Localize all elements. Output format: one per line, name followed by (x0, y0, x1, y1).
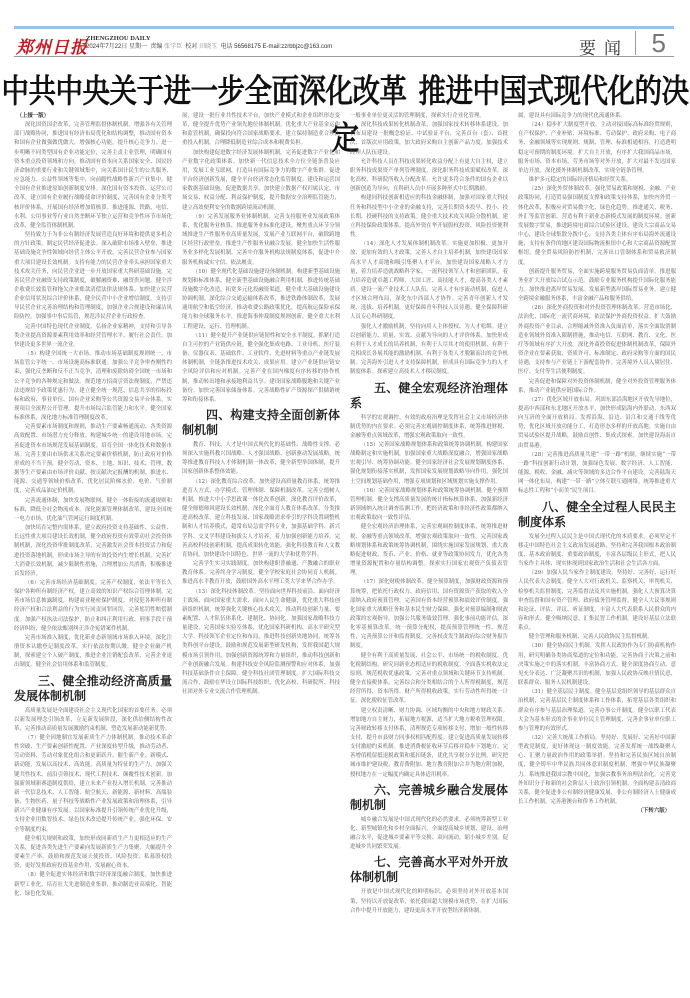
article-paragraph: （5）构建全国统一大市场。推动市场基础制度规则统一、市场监管公平统一、市场设施高… (14, 350, 172, 423)
article-paragraph: 完善促进和保障对外投资体制机制，健全对外投资管理服务体系，推动产业链供应链国际合… (518, 378, 676, 396)
editor-name: 张学臣 (164, 44, 182, 50)
section-heading: 四、构建支持全面创新体制机制 (182, 408, 340, 438)
article-paragraph: 完善流通体制，加快发展物联网，健全一体衔接的流通规则和标准，降低全社会物流成本。… (14, 497, 172, 524)
section-heading: 八、健全全过程人民民主制度体系 (518, 500, 676, 530)
article-paragraph: 属，建设具有国际竞争力的现代化流通体系。 (518, 112, 676, 121)
article-columns: （上接一版）深化国资国企改革，完善管理监督体制机制，增强各有关管理部门战略协同，… (14, 112, 676, 992)
article-paragraph: （7）健全因地制宜发展新质生产力体制机制。推动技术革命性突破、生产要素创新性配置… (14, 734, 172, 835)
article-paragraph: 高质量发展是全面建设社会主义现代化国家的首要任务。必须以新发展理念引领改革，立足… (14, 707, 172, 734)
phone-label: 电话 (220, 44, 232, 50)
article-paragraph: （12）深化教育综合改革。加快建设高质量教育体系，统筹推进育人方式、办学模式、管… (182, 478, 340, 560)
proof-label: 校对 (185, 44, 197, 50)
article-paragraph: （27）优化区域开放布局。巩固东部沿海地区开放先导地位，提高中西部和东北地区开放… (518, 396, 676, 451)
article-paragraph: （24）稳步扩大制度型开放。主动对接国际高标准经贸规则，在产权保护、产业补贴、环… (518, 121, 676, 176)
article-paragraph: 健全宏观经济治理体系，完善宏观调控制度体系，统筹推进财税、金融等重点领域改革，增… (350, 523, 508, 578)
article-column-4: 属，建设具有国际竞争力的现代化流通体系。（24）稳步扩大制度型开放。主动对接国际… (518, 112, 676, 992)
proof-name: 田晓玉 (199, 44, 217, 50)
article-paragraph: （26）深化外商投资和对外投资管理体制改革。营造市场化、法治化、国际化一流营商环… (518, 304, 676, 377)
article-paragraph: （13）深化科技体制改革。坚持面向世界科技前沿、面向经济主战场、面向国家重大需求… (182, 588, 340, 698)
newspaper-logo: 郑州日报 (16, 33, 88, 58)
article-paragraph: （16）完善国家战略规划体系和政策统筹协调机制。健全预期管理机制。健全支撑高质量… (350, 487, 508, 524)
article-paragraph: 深化科技成果转化机制改革，加强国家技术转移体系建设，加快布局建设一批概念验证、中… (350, 121, 508, 158)
article-paragraph: 坚持致力于为非公有制经济发展营造良好环境和提供更多机会的方针政策。制定民营经济促… (14, 231, 172, 323)
email: E-mail:zzrbbjzc@163.com (263, 44, 333, 50)
article-paragraph: （25）深化外贸体制改革。强化贸易政策和财税、金融、产业政策协同，打造贸易强国制… (518, 185, 676, 267)
article-paragraph: 完善学生实习实践制度。加快构建职普融通、产教融合的职业教育体系。完善终身学习制度… (182, 560, 340, 587)
section-heading: 七、完善高水平对外开放体制机制 (350, 855, 508, 885)
article-column-1: （上接一版）深化国资国企改革，完善管理监督体制机制，增强各有关管理部门战略协同，… (14, 112, 172, 992)
article-paragraph: （30）健全协商民主机制。发挥人民政协作为专门协商机构作用，研究明确各类协商渠道… (518, 642, 676, 688)
article-paragraph: （15）完善国家战略规划体系和政策统筹协调机制。构建国家战略制定和实施机制，加强… (350, 441, 508, 487)
article-paragraph: 强化人才激励机制，坚持向用人主体授权、为人才松绑。建立以创新能力、质量、实效、贡… (350, 323, 508, 378)
article-paragraph: 完善中国特色现代企业制度，弘扬企业家精神，支持和引导各类企业提高资源要素利用效率… (14, 323, 172, 350)
article-paragraph: 深化国资国企改革，完善管理监督体制机制，增强各有关管理部门战略协同，推进国有经济… (14, 121, 172, 231)
article-paragraph: （8）健全促进实体经济和数字经济深度融合制度。加快推进新型工业化，培育壮大先进制… (14, 871, 172, 898)
section-name: 要闻 (579, 34, 629, 59)
article-paragraph: （32）完善大统战工作格局。坚持好、发展好、完善好中国新型政党制度，更好体现这一… (518, 734, 676, 807)
english-name: ZHENGZHOU DAILY (86, 35, 332, 43)
article-paragraph: 建立权责清晰、财力协调、区域均衡的中央和地方财政关系。增加地方自主财力，拓展地方… (350, 707, 508, 780)
article-paragraph: 健全管理和服务机制、完善人民政协民主监督机制。 (518, 633, 676, 642)
date-line: 2024年7月22日 星期一 (86, 44, 147, 50)
article-paragraph: （14）深化人才发展体制机制改革。实施更加积极、更加开放、更加有效的人才政策，完… (350, 240, 508, 322)
article-paragraph: （28）完善推进高质量共建“一带一路”机制。继续实施“一带一路”科技创新行动计划… (518, 451, 676, 497)
article-paragraph: 健全相关规则和政策，加快形成同新质生产力更相适应的生产关系，促进各类先进生产要素… (14, 835, 172, 872)
article-paragraph: 展，建设一批行业共性技术平台，加快产业模式和企业组织形态变革，健全提升优势产业领… (182, 112, 340, 149)
article-paragraph: 教育、科技、人才是中国式现代化的基础性、战略性支撑。必须深入实施科教兴国战略、人… (182, 441, 340, 478)
article-paragraph: 加快构建促进数字经济发展体制机制，完善促进数字产业化和产业数字化政策体系。加快新… (182, 149, 340, 213)
article-paragraph: 一般事业单位更灵活的管理制度，探索实行企业化管理。 (350, 112, 508, 121)
masthead: 郑州日报 ZHENGZHOU DAILY 2024年7月22日 星期一 责编 张… (14, 30, 674, 57)
article-paragraph: 加快培育完整内需体系，建立政府投资支持基础性、公益性、长远性重大项目建设长效机制… (14, 524, 172, 579)
article-paragraph: 健全有利于高质量发展、社会公平、市场统一的税收制度，优化税制结构。研究同新业态相… (350, 652, 508, 707)
article-paragraph: （10）健全现代化基础设施建设体制机制。构建新型基础设施规划和标准体系，健全新型… (182, 268, 340, 332)
section-heading: 五、健全宏观经济治理体系 (350, 381, 508, 411)
article-paragraph: （6）完善市场经济基础制度。完善产权制度，依法平等长久保护各种所有制经济产权，建… (14, 579, 172, 634)
page-number: 5 (652, 28, 666, 59)
article-paragraph: （17）深化财税体制改革。健全预算制度，加强财政资源和预算统筹，把依托行政权力、… (350, 578, 508, 651)
article-paragraph: 维护多元稳定的国际经济格局和经贸关系。 (518, 176, 676, 185)
page-number-divider (635, 31, 636, 55)
section-heading: 六、完善城乡融合发展体制机制 (350, 783, 508, 813)
date-editor-line: 2024年7月22日 星期一 责编 张学臣 校对 田晓玉 电话 56568175… (86, 43, 332, 51)
continued-from-label: （上接一版） (14, 112, 172, 121)
article-paragraph: 完善市场准入制度，优化新业态新领域市场准入环境。深化注册资本认缴登记制度改革，实… (14, 634, 172, 671)
article-paragraph: （31）健全基层民主制度。健全基层党组织领导的基层群众自治机制，完善基层民主制度… (518, 688, 676, 734)
article-paragraph: 发展全过程人民民主是中国式现代化的本质要求。必须坚定不移走中国特色社会主义政治发… (518, 533, 676, 570)
masthead-accent-line (14, 26, 674, 29)
article-paragraph: （9）完善发展服务业体制机制。完善支持服务业发展政策体系，优化服务业核算，推进服… (182, 213, 340, 268)
article-paragraph: 构建同科技创新相适应的科技金融体制，加强对国家重大科技任务和科技型中小企业的金融… (350, 194, 508, 240)
article-paragraph: 创新提升服务贸易，全面实施跨境服务贸易负面清单。推进服务业扩大开放综合试点示范。… (518, 268, 676, 305)
article-paragraph: 开放是中国式现代化的鲜明标识。必须坚持对外开放基本国策，坚持以开放促改革，依托我… (350, 888, 508, 915)
article-paragraph: 城乡融合发展是中国式现代化的必然要求。必须统筹新型工业化、新型城镇化和乡村全面振… (350, 816, 508, 853)
continued-on-label: （下转六版） (518, 807, 676, 816)
headline-part-1: 中共中央关于进一步全面深化改革 (2, 72, 407, 110)
article-paragraph: 允许科技人员在科技成果转化收益分配上有更大自主权，建立职务科技成果资产单列管理制… (350, 158, 508, 195)
article-paragraph: （29）加强人民当家作主制度建设。坚持好、完善好、运行好人民代表大会制度。健全人… (518, 569, 676, 633)
article-paragraph: （11）健全提升产业链供应链韧性和安全水平制度。抓紧打造自主可控的产业链供应链，… (182, 332, 340, 405)
article-column-2: 展，建设一批行业共性技术平台，加快产业模式和企业组织形态变革，健全提升优势产业领… (182, 112, 340, 992)
article-paragraph: 科学的宏观调控、有效的政府治理是发挥社会主义市场经济体制优势的内在要求。必须完善… (350, 414, 508, 441)
section-heading: 三、健全推动经济高质量发展体制机制 (14, 674, 172, 704)
masthead-meta: ZHENGZHOU DAILY 2024年7月22日 星期一 责编 张学臣 校对… (86, 35, 332, 51)
phone-number: 56568175 (234, 44, 261, 50)
article-paragraph: 完善要素市场制度和规则，推动生产要素畅通流动、各类资源高效配置、市场潜力充分释放… (14, 423, 172, 496)
article-column-3: 一般事业单位更灵活的管理制度，探索实行企业化管理。深化科技成果转化机制改革，加强… (350, 112, 508, 992)
editor-label: 责编 (150, 44, 162, 50)
